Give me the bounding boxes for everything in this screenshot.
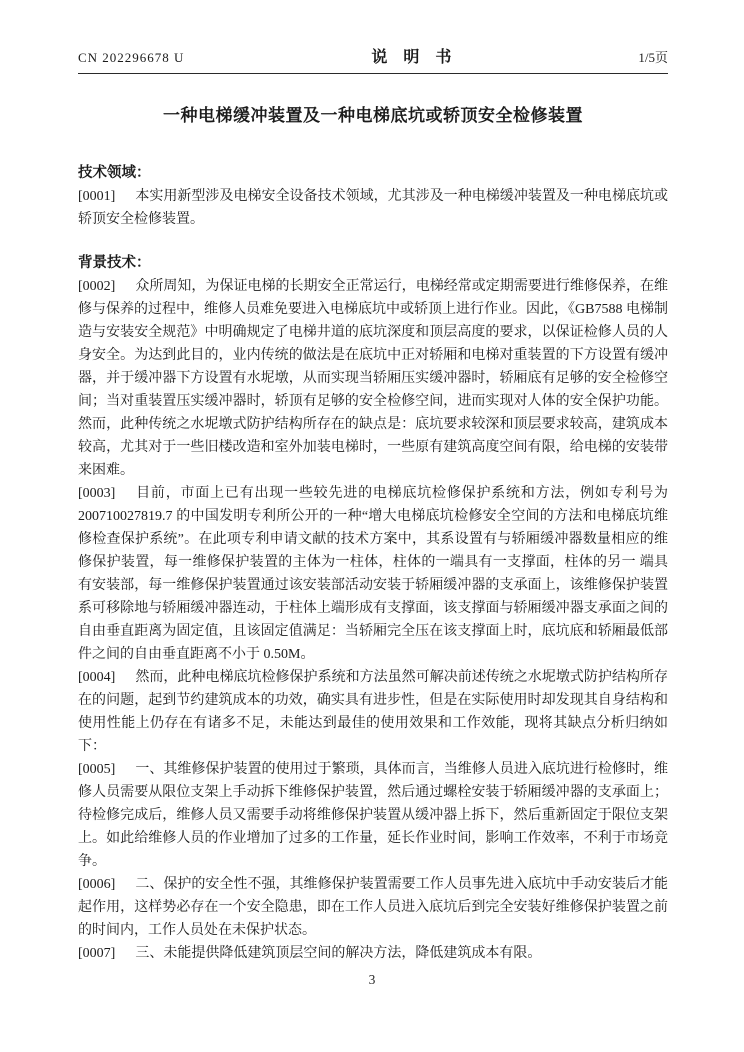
paragraph-text: 一、其维修保护装置的使用过于繁琐，具体而言，当维修人员进入底坑进行检修时，维修人…: [78, 762, 668, 869]
paragraph-number: [0001]: [78, 189, 135, 204]
paragraph-number: [0007]: [78, 946, 135, 961]
paragraph-text: 本实用新型涉及电梯安全设备技术领域，尤其涉及一种电梯缓冲装置及一种电梯底坑或轿顶…: [78, 189, 668, 227]
page-footer: 3: [0, 972, 744, 988]
patent-document-page: CN 202296678 U 说 明 书 1/5页 一种电梯缓冲装置及一种电梯底…: [0, 0, 744, 1052]
paragraph-text: 二、保护的安全性不强，其维修保护装置需要工作人员事先进入底坑中手动安装后才能起作…: [78, 877, 668, 938]
paragraph-text: 然而，此种电梯底坑检修保护系统和方法虽然可解决前述传统之水坭墩式防护结构所存在的…: [78, 670, 668, 754]
document-type-title: 说 明 书: [371, 44, 451, 67]
paragraph-0006: [0006]二、保护的安全性不强，其维修保护装置需要工作人员事先进入底坑中手动安…: [78, 873, 668, 942]
paragraph-number: [0006]: [78, 877, 135, 892]
paragraph-0002: [0002]众所周知，为保证电梯的长期安全正常运行，电梯经常或定期需要进行维修保…: [78, 275, 668, 482]
section-heading-background-art: 背景技术：: [78, 252, 668, 275]
paragraph-0004: [0004]然而，此种电梯底坑检修保护系统和方法虽然可解决前述传统之水坭墩式防护…: [78, 666, 668, 758]
paragraph-0005: [0005]一、其维修保护装置的使用过于繁琐，具体而言，当维修人员进入底坑进行检…: [78, 758, 668, 873]
page-header: CN 202296678 U 说 明 书 1/5页: [78, 44, 668, 67]
paragraph-number: [0003]: [78, 486, 135, 501]
paragraph-text: 三、未能提供降低建筑顶层空间的解决方法，降低建筑成本有限。: [135, 946, 541, 961]
paragraph-0003: [0003]目前，市面上已有出现一些较先进的电梯底坑检修保护系统和方法，例如专利…: [78, 482, 668, 666]
paragraph-number: [0002]: [78, 279, 135, 294]
paragraph-number: [0004]: [78, 670, 135, 685]
page-indicator: 1/5页: [638, 47, 668, 66]
page-number: 3: [369, 972, 376, 987]
document-number: CN 202296678 U: [78, 50, 184, 66]
paragraph-0007: [0007]三、未能提供降低建筑顶层空间的解决方法，降低建筑成本有限。: [78, 942, 668, 965]
paragraph-0001: [0001]本实用新型涉及电梯安全设备技术领域，尤其涉及一种电梯缓冲装置及一种电…: [78, 185, 668, 231]
section-heading-technical-field: 技术领域：: [78, 162, 668, 185]
paragraph-text: 目前，市面上已有出现一些较先进的电梯底坑检修保护系统和方法，例如专利号为 200…: [78, 486, 668, 662]
section-background-art: 背景技术： [0002]众所周知，为保证电梯的长期安全正常运行，电梯经常或定期需…: [78, 252, 668, 965]
patent-title: 一种电梯缓冲装置及一种电梯底坑或轿顶安全检修装置: [78, 101, 668, 126]
paragraph-number: [0005]: [78, 762, 135, 777]
header-rule: [78, 73, 668, 74]
section-technical-field: 技术领域： [0001]本实用新型涉及电梯安全设备技术领域，尤其涉及一种电梯缓冲…: [78, 162, 668, 231]
paragraph-text: 众所周知，为保证电梯的长期安全正常运行，电梯经常或定期需要进行维修保养，在维修与…: [78, 279, 668, 478]
